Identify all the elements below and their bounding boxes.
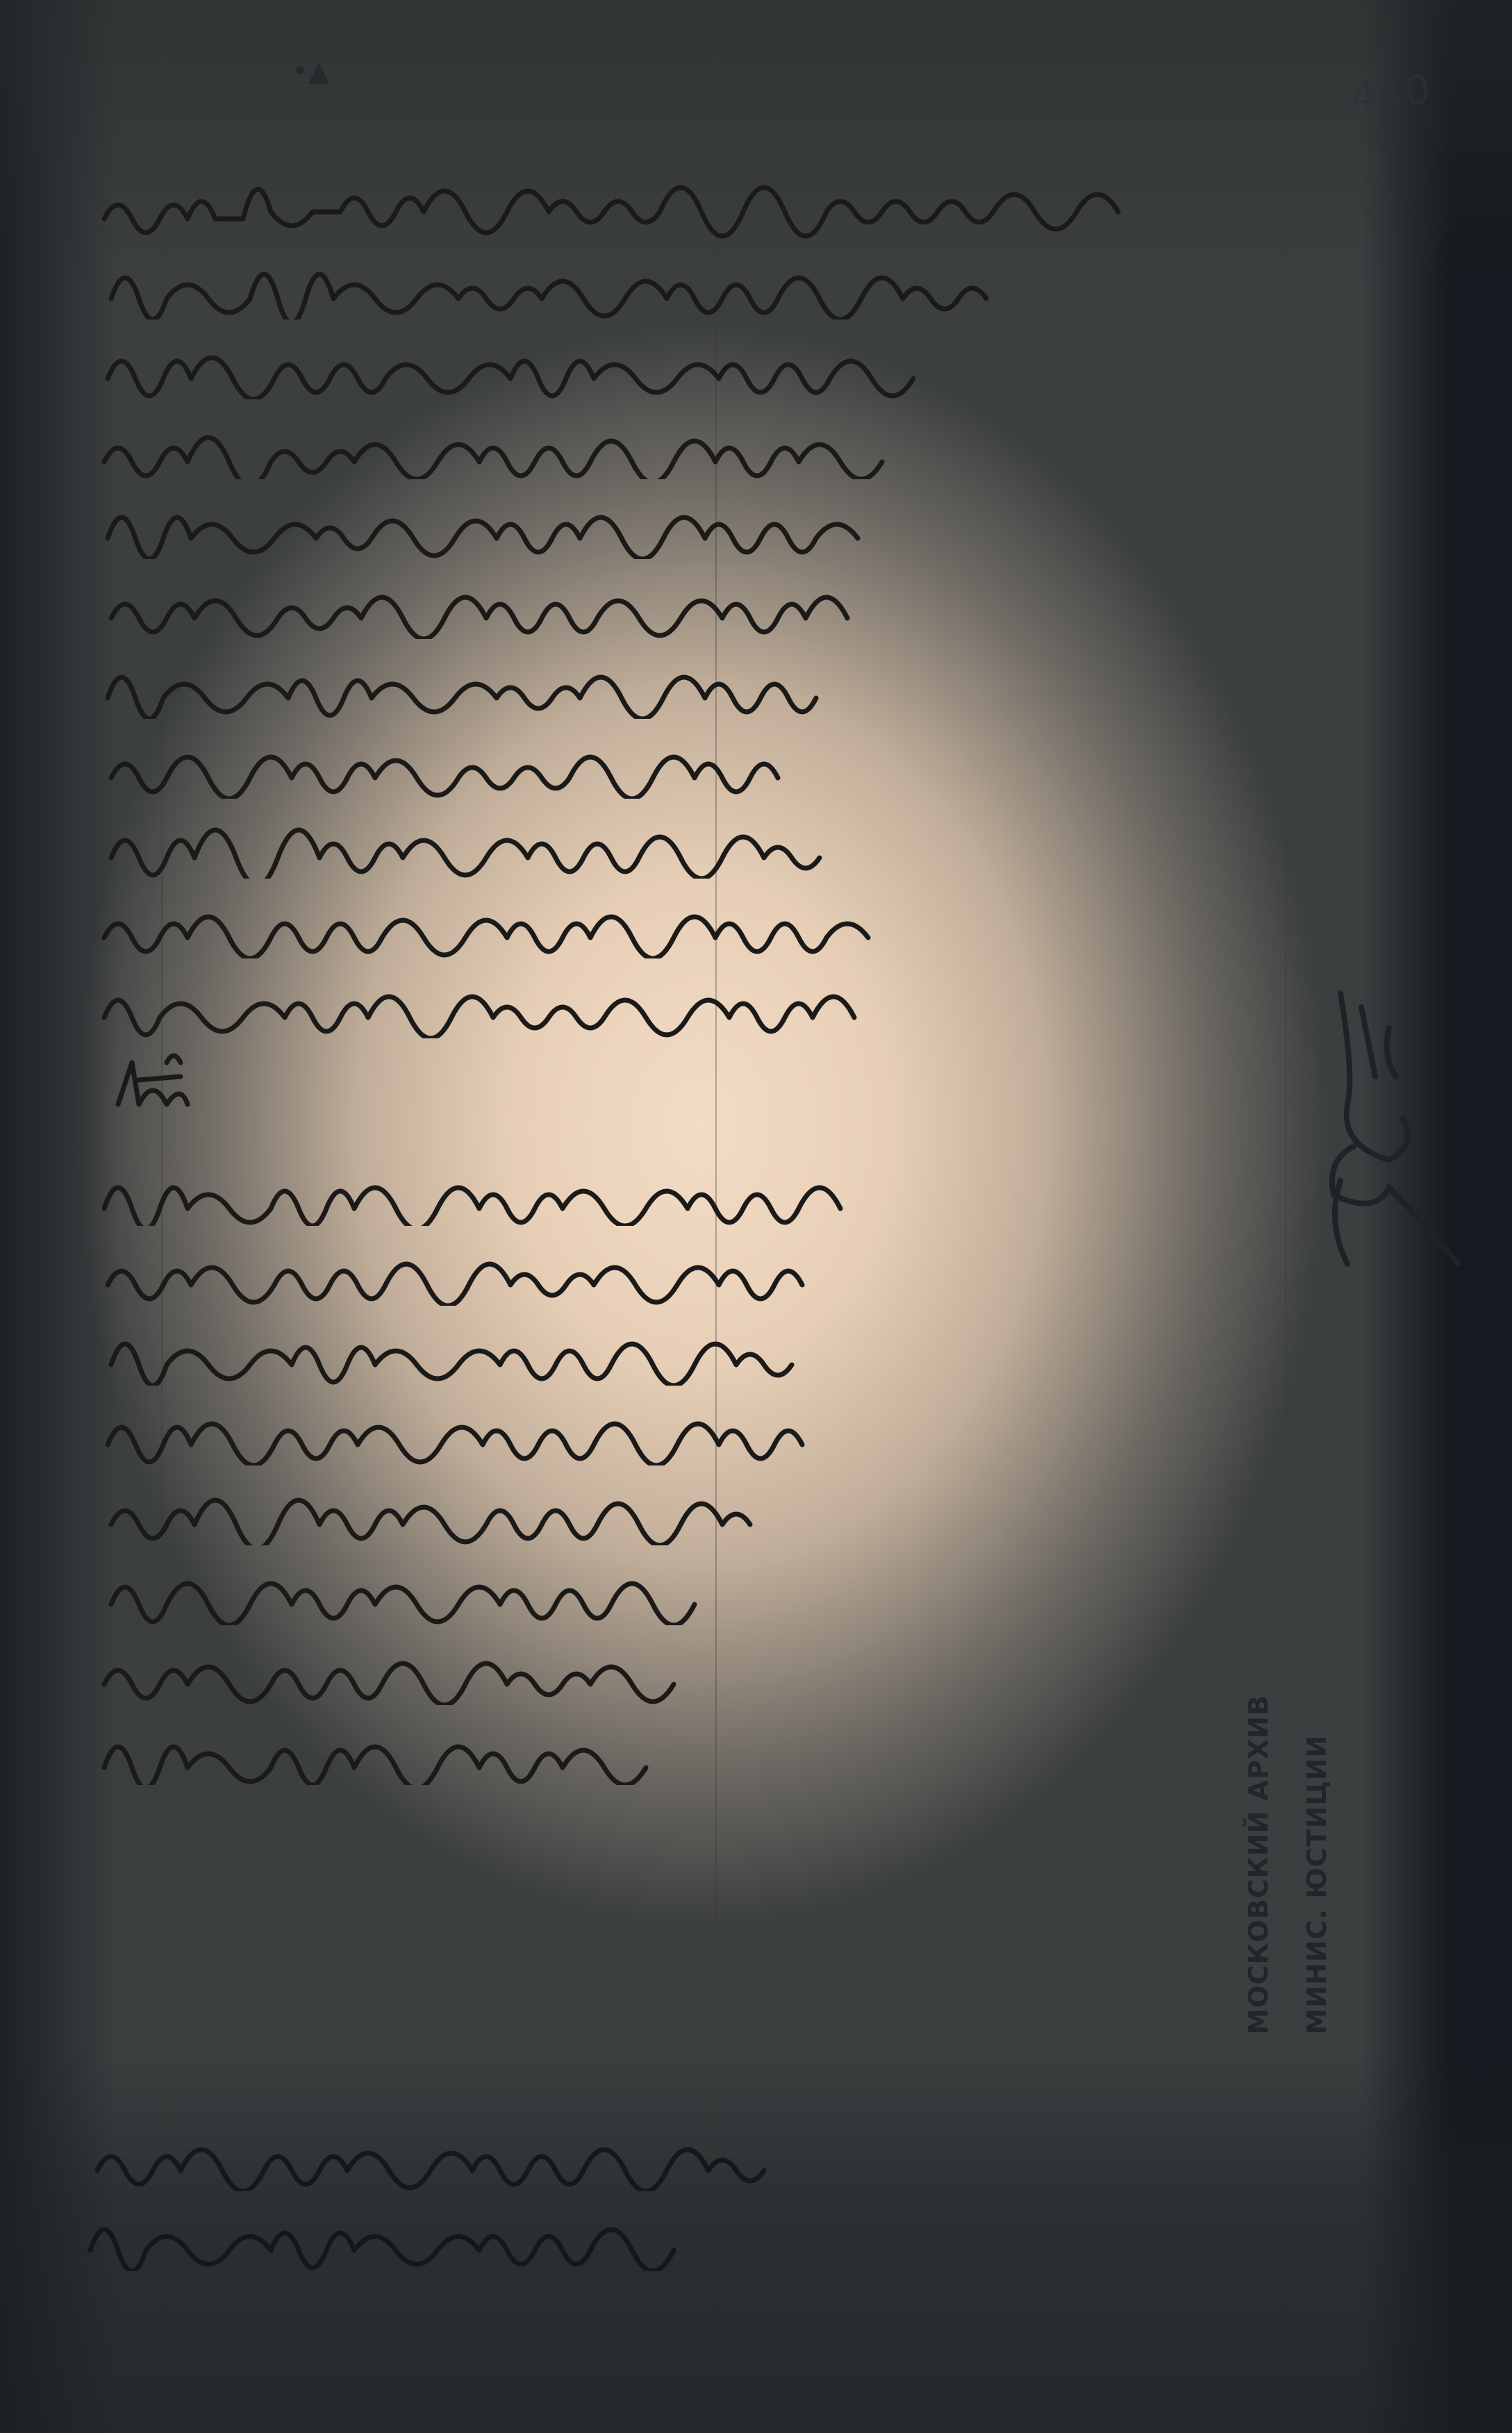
text-line — [97, 719, 1417, 799]
text-line — [97, 1625, 1417, 1705]
text-line — [97, 1146, 1417, 1226]
text-line — [97, 958, 1417, 1038]
text-line — [97, 1386, 1417, 1465]
text-line — [97, 879, 1417, 958]
text-line — [97, 1545, 1417, 1625]
text-line-short — [97, 1038, 1417, 1118]
ink-blot: •▲ — [292, 56, 382, 83]
text-line — [97, 1465, 1417, 1545]
text-line — [97, 799, 1417, 879]
text-line — [97, 1226, 1417, 1306]
text-line — [97, 479, 1417, 559]
text-line — [97, 1705, 1417, 1785]
text-line — [97, 399, 1417, 479]
bottom-text — [83, 2111, 1403, 2271]
text-line — [97, 559, 1417, 639]
margin-signature-flourish — [1313, 986, 1472, 1278]
text-line — [97, 319, 1417, 399]
main-text — [97, 160, 1417, 1785]
folio-number: 440 — [1349, 65, 1434, 121]
text-line — [97, 160, 1417, 240]
stamp-line-2: МИНИС. ЮСТИЦИИ — [1302, 1695, 1332, 2034]
stamp-line-1: МОСКОВСКИЙ АРХИВ — [1243, 1695, 1274, 2034]
text-line — [83, 2191, 1403, 2271]
archive-stamp: МОСКОВСКИЙ АРХИВ МИНИС. ЮСТИЦИИ — [1243, 1695, 1332, 2034]
text-line — [83, 2111, 1403, 2191]
text-line — [97, 240, 1417, 319]
text-line — [97, 639, 1417, 719]
text-line — [97, 1306, 1417, 1386]
